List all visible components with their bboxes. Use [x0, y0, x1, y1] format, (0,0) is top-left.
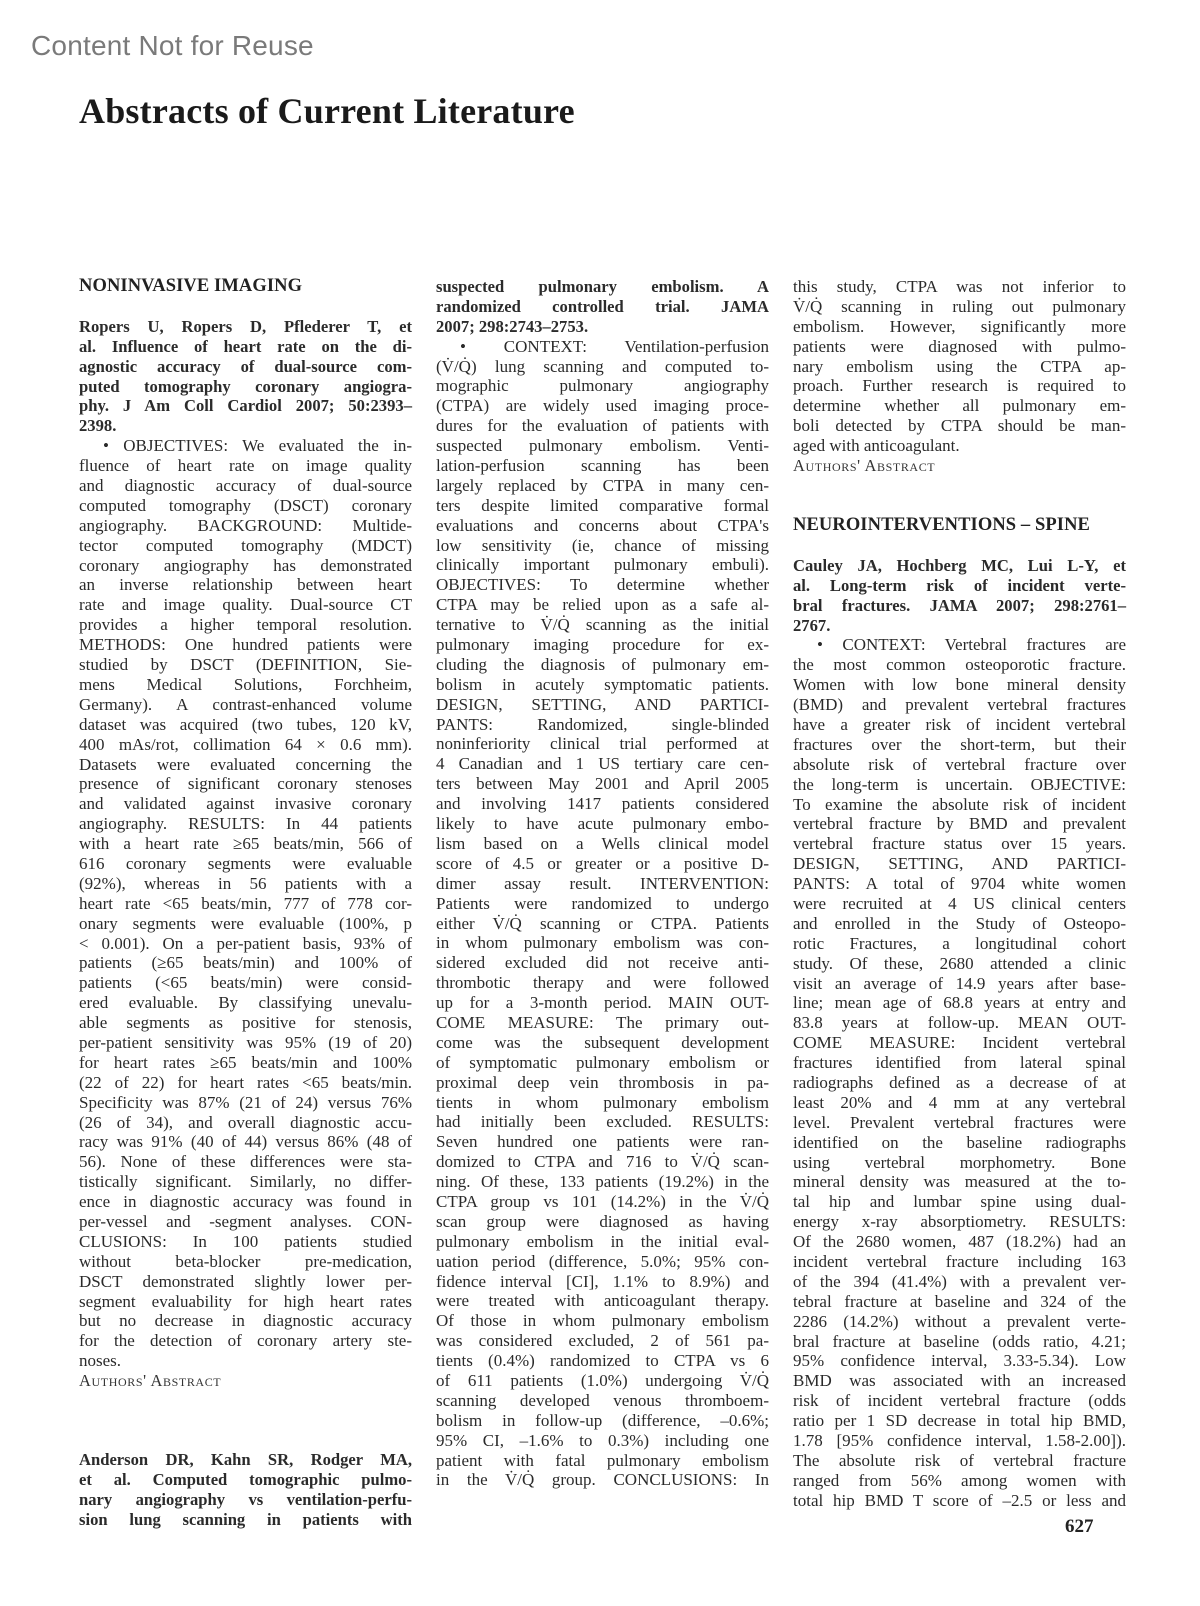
citation-line: Cauley JA, Hochberg MC, Lui L-Y, et: [793, 556, 1126, 576]
abstract-line: and diagnostic accuracy of dual-source: [79, 476, 412, 496]
abstract-line: uation period (difference, 5.0%; 95% con…: [436, 1252, 769, 1272]
abstract-line: fluence of heart rate on image quality: [79, 456, 412, 476]
abstract-line: (22 of 22) for heart rates <65 beats/min…: [79, 1073, 412, 1093]
abstract-line: 95% CI, –1.6% to 0.3%) including one: [436, 1431, 769, 1451]
abstract-line: line; mean age of 68.8 years at entry an…: [793, 993, 1126, 1013]
abstract-line: DESIGN, SETTING, AND PARTICI-: [436, 695, 769, 715]
abstract-line: CTPA may be relied upon as a safe al-: [436, 595, 769, 615]
abstract-line: least 20% and 4 mm at any vertebral: [793, 1093, 1126, 1113]
abstract-line: ence in diagnostic accuracy was found in: [79, 1192, 412, 1212]
abstract-line: presence of significant coronary stenose…: [79, 774, 412, 794]
citation-line: Ropers U, Ropers D, Pflederer T, et: [79, 317, 412, 337]
abstract-line: were recruited at 4 US clinical centers: [793, 894, 1126, 914]
abstract-line: fractures identified from lateral spinal: [793, 1053, 1126, 1073]
abstract-line: proach. Further research is required to: [793, 376, 1126, 396]
abstract-line: total hip BMD T score of –2.5 or less an…: [793, 1491, 1126, 1511]
abstract-line: Of those in whom pulmonary embolism: [436, 1311, 769, 1331]
abstract-line: (26 of 34), and overall diagnostic accu-: [79, 1113, 412, 1133]
abstract-line: (CTPA) are widely used imaging proce-: [436, 396, 769, 416]
abstract-line: tients (0.4%) randomized to CTPA vs 6: [436, 1351, 769, 1371]
abstract-line: dataset was acquired (two tubes, 120 kV,: [79, 715, 412, 735]
abstract-line: tal hip and lumbar spine using dual-: [793, 1192, 1126, 1212]
abstract-line: bolism in acutely symptomatic patients.: [436, 675, 769, 695]
abstract-line: ters between May 2001 and April 2005: [436, 774, 769, 794]
abstract-line: vertebral fracture by BMD and prevalent: [793, 814, 1126, 834]
abstract-line: without beta-blocker pre-medication,: [79, 1252, 412, 1272]
abstract-line: Datasets were evaluated concerning the: [79, 755, 412, 775]
abstract-line: METHODS: One hundred patients were: [79, 635, 412, 655]
abstract-line: racy was 91% (40 of 44) versus 86% (48 o…: [79, 1132, 412, 1152]
abstract-line: lism based on a Wells clinical model: [436, 834, 769, 854]
abstract-line: ters despite limited comparative formal: [436, 496, 769, 516]
abstract-line: lation-perfusion scanning has been: [436, 456, 769, 476]
article-citation-ropers: Ropers U, Ropers D, Pflederer T, etal. I…: [79, 317, 412, 436]
abstract-line: of 611 patients (1.0%) undergoing V̇/Q̇: [436, 1371, 769, 1391]
abstract-line: pulmonary imaging procedure for ex-: [436, 635, 769, 655]
abstract-line: domized to CTPA and 716 to V̇/Q̇ scan-: [436, 1152, 769, 1172]
page-number: 627: [1065, 1516, 1094, 1538]
citation-line: nary angiography vs ventilation-perfu-: [79, 1490, 412, 1510]
citation-line: 2007; 298:2743–2753.: [436, 317, 769, 337]
abstract-line: V̇/Q̇ scanning in ruling out pulmonary: [793, 297, 1126, 317]
abstract-line: bral fracture at baseline (odds ratio, 4…: [793, 1332, 1126, 1352]
citation-line: randomized controlled trial. JAMA: [436, 297, 769, 317]
abstract-line: of symptomatic pulmonary embolism or: [436, 1053, 769, 1073]
abstract-line: fidence interval [CI], 1.1% to 8.9%) and: [436, 1272, 769, 1292]
abstract-line: have a greater risk of incident vertebra…: [793, 715, 1126, 735]
abstract-line: To examine the absolute risk of incident: [793, 795, 1126, 815]
abstract-line: computed tomography (DSCT) coronary: [79, 496, 412, 516]
abstract-line: cluding the diagnosis of pulmonary em-: [436, 655, 769, 675]
abstract-line: PANTS: A total of 9704 white women: [793, 874, 1126, 894]
abstract-line: were treated with anticoagulant therapy.: [436, 1291, 769, 1311]
abstract-line: angiography. BACKGROUND: Multide-: [79, 516, 412, 536]
abstract-line: using vertebral morphometry. Bone: [793, 1153, 1126, 1173]
abstract-line: Of the 2680 women, 487 (18.2%) had an: [793, 1232, 1126, 1252]
abstract-line: and enrolled in the Study of Osteopo-: [793, 914, 1126, 934]
abstract-line: scan group were diagnosed as having: [436, 1212, 769, 1232]
abstract-line: ranged from 56% among women with: [793, 1471, 1126, 1491]
abstract-line: tients in whom pulmonary embolism: [436, 1093, 769, 1113]
abstract-line: of the 394 (41.4%) with a prevalent ver-: [793, 1272, 1126, 1292]
abstract-line: up for a 3-month period. MAIN OUT-: [436, 993, 769, 1013]
abstract-line: the long-term is uncertain. OBJECTIVE:: [793, 775, 1126, 795]
abstract-line: the most common osteoporotic fracture.: [793, 655, 1126, 675]
abstract-line: dures for the evaluation of patients wit…: [436, 416, 769, 436]
abstract-line: scanning developed venous thromboem-: [436, 1391, 769, 1411]
abstract-line: boli detected by CTPA should be man-: [793, 416, 1126, 436]
abstract-line: level. Prevalent vertebral fractures wer…: [793, 1113, 1126, 1133]
citation-line: sion lung scanning in patients with: [79, 1510, 412, 1530]
abstract-line: dimer assay result. INTERVENTION:: [436, 874, 769, 894]
abstract-line: radiographs defined as a decrease of at: [793, 1073, 1126, 1093]
citation-line: et al. Computed tomographic pulmo-: [79, 1470, 412, 1490]
abstract-line: proximal deep vein thrombosis in pa-: [436, 1073, 769, 1093]
citation-line: puted tomography coronary angiogra-: [79, 377, 412, 397]
page-title: Abstracts of Current Literature: [79, 90, 575, 132]
abstract-line: Patients were randomized to undergo: [436, 894, 769, 914]
abstract-line: ning. Of these, 133 patients (19.2%) in …: [436, 1172, 769, 1192]
article-citation-cauley: Cauley JA, Hochberg MC, Lui L-Y, etal. L…: [793, 556, 1126, 636]
abstract-line: (V̇/Q̇) lung scanning and computed to-: [436, 357, 769, 377]
abstract-line: risk of incident vertebral fracture (odd…: [793, 1391, 1126, 1411]
abstract-line: thrombotic therapy and were followed: [436, 973, 769, 993]
abstract-line: clinically important pulmonary embuli).: [436, 555, 769, 575]
citation-line: al. Influence of heart rate on the di-: [79, 337, 412, 357]
abstract-line: < 0.001). On a per-patient basis, 93% of: [79, 934, 412, 954]
abstract-line: patient with fatal pulmonary embolism: [436, 1451, 769, 1471]
abstract-line: The absolute risk of vertebral fracture: [793, 1451, 1126, 1471]
abstract-line: 616 coronary segments were evaluable: [79, 854, 412, 874]
abstract-line: bolism in follow-up (difference, –0.6%;: [436, 1411, 769, 1431]
abstract-line: 83.8 years at follow-up. MEAN OUT-: [793, 1013, 1126, 1033]
abstract-line: mographic pulmonary angiography: [436, 376, 769, 396]
abstract-line: score of 4.5 or greater or a positive D-: [436, 854, 769, 874]
abstract-line: ternative to V̇/Q̇ scanning as the initi…: [436, 615, 769, 635]
abstract-line: had initially been excluded. RESULTS:: [436, 1112, 769, 1132]
abstract-line: PANTS: Randomized, single-blinded: [436, 715, 769, 735]
abstract-line: study. Of these, 2680 attended a clinic: [793, 954, 1126, 974]
abstract-line: noninferiority clinical trial performed …: [436, 734, 769, 754]
abstract-line: evaluations and concerns about CTPA's: [436, 516, 769, 536]
abstract-line: provides a higher temporal resolution.: [79, 615, 412, 635]
abstract-line: nary embolism using the CTPA ap-: [793, 357, 1126, 377]
abstract-line: coronary angiography has demonstrated: [79, 556, 412, 576]
abstract-line: incident vertebral fracture including 16…: [793, 1252, 1126, 1272]
abstract-line: for the detection of coronary artery ste…: [79, 1331, 412, 1351]
citation-line: Anderson DR, Kahn SR, Rodger MA,: [79, 1450, 412, 1470]
abstract-line: • OBJECTIVES: We evaluated the in-: [79, 436, 412, 456]
abstract-line: Seven hundred one patients were ran-: [436, 1132, 769, 1152]
abstract-line: per-vessel and -segment analyses. CON-: [79, 1212, 412, 1232]
abstract-line: Specificity was 87% (21 of 24) versus 76…: [79, 1093, 412, 1113]
column-1: NONINVASIVE IMAGING Ropers U, Ropers D, …: [79, 277, 412, 1530]
abstract-line: per-patient sensitivity was 95% (19 of 2…: [79, 1033, 412, 1053]
abstract-line: determine whether all pulmonary em-: [793, 396, 1126, 416]
abstract-line: DSCT demonstrated slightly lower per-: [79, 1272, 412, 1292]
abstract-line: for heart rates ≥65 beats/min and 100%: [79, 1053, 412, 1073]
watermark: Content Not for Reuse: [31, 30, 314, 62]
abstract-line: sidered excluded did not receive anti-: [436, 953, 769, 973]
article-abstract-anderson-continued: this study, CTPA was not inferior toV̇/Q…: [793, 277, 1126, 456]
abstract-line: visit an average of 14.9 years after bas…: [793, 974, 1126, 994]
abstract-line: (BMD) and prevalent vertebral fractures: [793, 695, 1126, 715]
citation-line: bral fractures. JAMA 2007; 298:2761–: [793, 596, 1126, 616]
abstract-line: absolute risk of vertebral fracture over: [793, 755, 1126, 775]
abstract-line: vertebral fracture status over 15 years.: [793, 834, 1126, 854]
abstract-line: COME MEASURE: Incident vertebral: [793, 1033, 1126, 1053]
abstract-line: ratio per 1 SD decrease in total hip BMD…: [793, 1411, 1126, 1431]
abstract-line: mineral density was measured at the to-: [793, 1172, 1126, 1192]
citation-line: suspected pulmonary embolism. A: [436, 277, 769, 297]
column-3: this study, CTPA was not inferior toV̇/Q…: [793, 277, 1126, 1511]
abstract-line: with a heart rate ≥65 beats/min, 566 of: [79, 834, 412, 854]
abstract-line: 95% confidence interval, 3.33-5.34). Low: [793, 1351, 1126, 1371]
abstract-line: noses.: [79, 1351, 412, 1371]
abstract-line: OBJECTIVES: To determine whether: [436, 575, 769, 595]
abstract-line: largely replaced by CTPA in many cen-: [436, 476, 769, 496]
abstract-line: segment evaluability for high heart rate…: [79, 1292, 412, 1312]
abstract-line: and involving 1417 patients considered: [436, 794, 769, 814]
abstract-line: ered evaluable. By classifying unevalu-: [79, 993, 412, 1013]
source-label: Authors' Abstract: [793, 456, 1126, 476]
source-label: Authors' Abstract: [79, 1371, 412, 1391]
abstract-line: 56). None of these differences were sta-: [79, 1152, 412, 1172]
abstract-line: and validated against invasive coronary: [79, 794, 412, 814]
citation-line: 2398.: [79, 416, 412, 436]
abstract-line: CLUSIONS: In 100 patients studied: [79, 1232, 412, 1252]
abstract-line: DESIGN, SETTING, AND PARTICI-: [793, 854, 1126, 874]
abstract-line: patients were diagnosed with pulmo-: [793, 337, 1126, 357]
article-abstract-ropers: • OBJECTIVES: We evaluated the in-fluenc…: [79, 436, 412, 1371]
citation-line: phy. J Am Coll Cardiol 2007; 50:2393–: [79, 396, 412, 416]
abstract-line: • CONTEXT: Ventilation-perfusion: [436, 337, 769, 357]
abstract-line: in the V̇/Q̇ group. CONCLUSIONS: In: [436, 1470, 769, 1490]
section-heading-noninvasive-imaging: NONINVASIVE IMAGING: [79, 277, 412, 297]
abstract-line: in whom pulmonary embolism was con-: [436, 933, 769, 953]
abstract-line: fractures over the short-term, but their: [793, 735, 1126, 755]
article-abstract-anderson: • CONTEXT: Ventilation-perfusion(V̇/Q̇) …: [436, 337, 769, 1491]
abstract-line: CTPA group vs 101 (14.2%) in the V̇/Q̇: [436, 1192, 769, 1212]
abstract-line: an inverse relationship between heart: [79, 575, 412, 595]
abstract-line: tector computed tomography (MDCT): [79, 536, 412, 556]
citation-line: agnostic accuracy of dual-source com-: [79, 357, 412, 377]
abstract-line: 4 Canadian and 1 US tertiary care cen-: [436, 754, 769, 774]
abstract-line: likely to have acute pulmonary embo-: [436, 814, 769, 834]
abstract-line: able segments as positive for stenosis,: [79, 1013, 412, 1033]
abstract-line: • CONTEXT: Vertebral fractures are: [793, 635, 1126, 655]
column-2: suspected pulmonary embolism. Arandomize…: [436, 277, 769, 1490]
abstract-line: this study, CTPA was not inferior to: [793, 277, 1126, 297]
article-abstract-cauley: • CONTEXT: Vertebral fractures arethe mo…: [793, 635, 1126, 1510]
abstract-line: (92%), whereas in 56 patients with a: [79, 874, 412, 894]
abstract-line: come was the subsequent development: [436, 1033, 769, 1053]
abstract-line: onary segments were evaluable (100%, p: [79, 914, 412, 934]
abstract-line: heart rate <65 beats/min, 777 of 778 cor…: [79, 894, 412, 914]
abstract-line: COME MEASURE: The primary out-: [436, 1013, 769, 1033]
abstract-line: mens Medical Solutions, Forchheim,: [79, 675, 412, 695]
abstract-line: patients (<65 beats/min) were consid-: [79, 973, 412, 993]
abstract-line: angiography. RESULTS: In 44 patients: [79, 814, 412, 834]
abstract-line: tistically significant. Similarly, no di…: [79, 1172, 412, 1192]
abstract-line: 400 mAs/rot, collimation 64 × 0.6 mm).: [79, 735, 412, 755]
abstract-line: either V̇/Q̇ scanning or CTPA. Patients: [436, 914, 769, 934]
citation-line: al. Long-term risk of incident verte-: [793, 576, 1126, 596]
section-heading-neurointerventions-spine: NEUROINTERVENTIONS – SPINE: [793, 516, 1126, 536]
abstract-line: identified on the baseline radiographs: [793, 1133, 1126, 1153]
abstract-line: pulmonary embolism in the initial eval-: [436, 1232, 769, 1252]
abstract-line: studied by DSCT (DEFINITION, Sie-: [79, 655, 412, 675]
abstract-line: BMD was associated with an increased: [793, 1371, 1126, 1391]
abstract-line: but no decrease in diagnostic accuracy: [79, 1311, 412, 1331]
abstract-line: was considered excluded, 2 of 561 pa-: [436, 1331, 769, 1351]
citation-line: 2767.: [793, 616, 1126, 636]
abstract-line: 1.78 [95% confidence interval, 1.58-2.00…: [793, 1431, 1126, 1451]
abstract-line: Women with low bone mineral density: [793, 675, 1126, 695]
abstract-line: rotic Fractures, a longitudinal cohort: [793, 934, 1126, 954]
article-citation-anderson-continued: suspected pulmonary embolism. Arandomize…: [436, 277, 769, 337]
abstract-line: suspected pulmonary embolism. Venti-: [436, 436, 769, 456]
abstract-line: Germany). A contrast-enhanced volume: [79, 695, 412, 715]
abstract-line: embolism. However, significantly more: [793, 317, 1126, 337]
abstract-line: 2286 (14.2%) without a prevalent verte-: [793, 1312, 1126, 1332]
abstract-line: low sensitivity (ie, chance of missing: [436, 536, 769, 556]
abstract-line: aged with anticoagulant.: [793, 436, 1126, 456]
abstract-line: energy x-ray absorptiometry. RESULTS:: [793, 1212, 1126, 1232]
abstract-line: tebral fracture at baseline and 324 of t…: [793, 1292, 1126, 1312]
abstract-line: rate and image quality. Dual-source CT: [79, 595, 412, 615]
abstract-line: patients (≥65 beats/min) and 100% of: [79, 953, 412, 973]
article-citation-anderson: Anderson DR, Kahn SR, Rodger MA,et al. C…: [79, 1450, 412, 1530]
